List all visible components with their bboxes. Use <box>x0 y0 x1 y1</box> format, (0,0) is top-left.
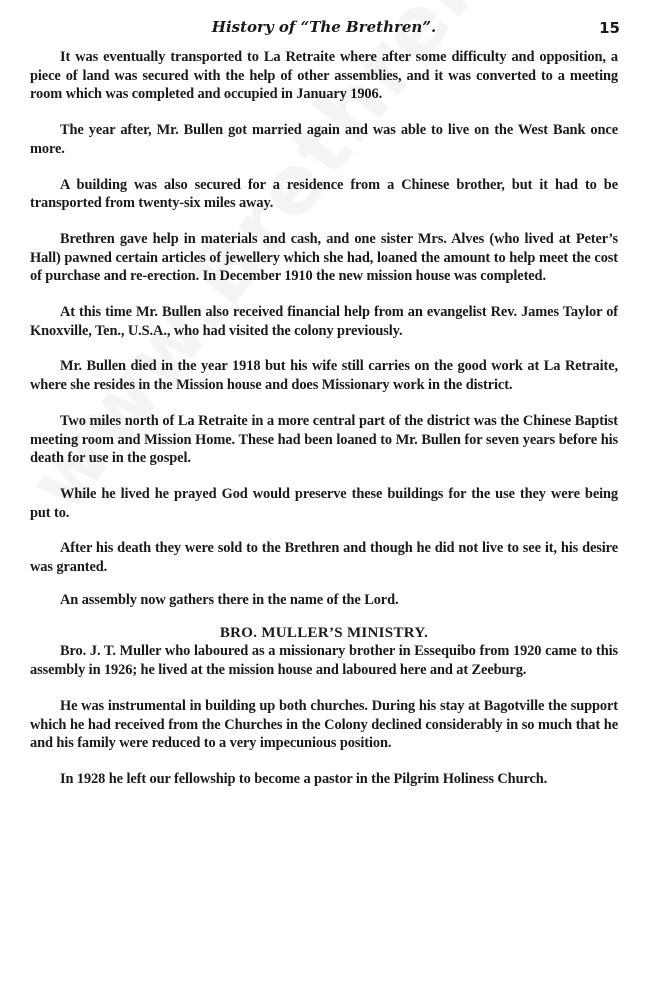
paragraph: While he lived he prayed God would prese… <box>30 485 618 522</box>
paragraph: The year after, Mr. Bullen got married a… <box>30 121 618 158</box>
paragraph: Two miles north of La Retraite in a more… <box>30 412 618 468</box>
paragraph: A building was also secured for a reside… <box>30 176 618 213</box>
running-title: History of “The Brethren”. <box>30 18 618 36</box>
paragraph: An assembly now gathers there in the nam… <box>30 591 618 610</box>
section-heading: BRO. MULLER’S MINISTRY. <box>30 624 618 642</box>
book-page: History of “The Brethren”. 15 It was eve… <box>30 0 618 789</box>
page-number: 15 <box>599 19 620 37</box>
paragraph: At this time Mr. Bullen also received fi… <box>30 303 618 340</box>
section-paragraph: Bro. J. T. Muller who laboured as a miss… <box>30 642 618 679</box>
paragraph: Brethren gave help in materials and cash… <box>30 230 618 286</box>
paragraph: It was eventually transported to La Retr… <box>30 48 618 104</box>
paragraph: Mr. Bullen died in the year 1918 but his… <box>30 357 618 394</box>
section-paragraph: In 1928 he left our fellowship to become… <box>30 770 618 789</box>
running-head: History of “The Brethren”. 15 <box>30 18 618 48</box>
section-paragraph: He was instrumental in building up both … <box>30 697 618 753</box>
paragraph: After his death they were sold to the Br… <box>30 539 618 576</box>
